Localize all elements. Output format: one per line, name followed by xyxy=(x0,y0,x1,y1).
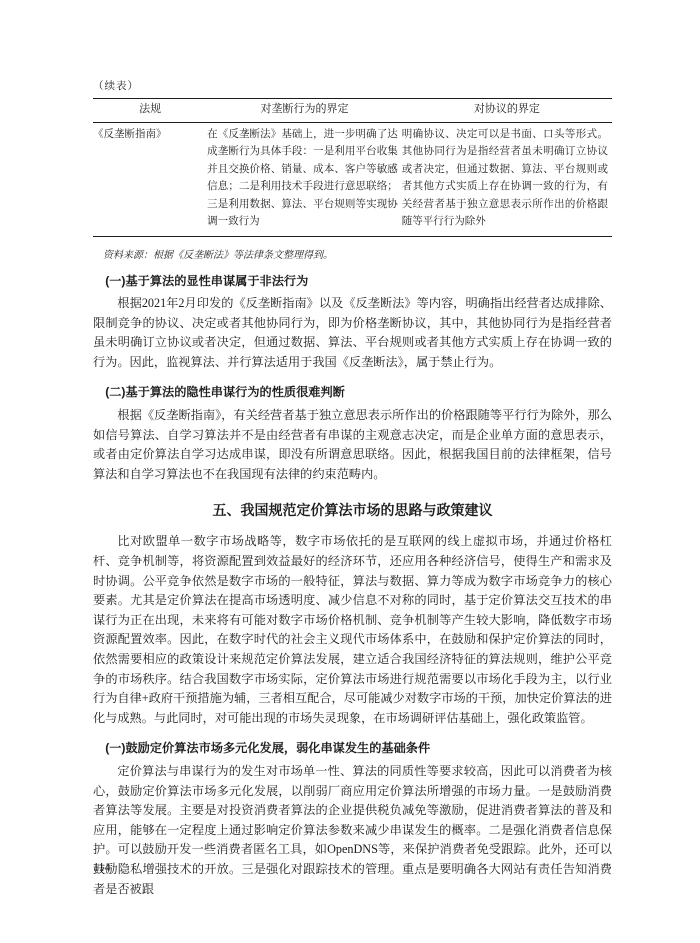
document-page: （续表） 法规 对垄断行为的界定 对协议的界定 《反垄断指南》 在《反垄断法》基… xyxy=(93,78,612,899)
table-header-law: 法规 xyxy=(93,99,207,123)
page-number: 114 xyxy=(93,860,111,875)
subsection-paragraph-diversified-market: 定价算法与串谋行为的发生对市场单一性、算法的同质性等要求较高，因此可以消费者为核… xyxy=(93,762,612,899)
table-cell-agreement-definition: 明确协议、决定可以是书面、口头等形式。其他协同行为是指经营者虽未明确订立协议或者… xyxy=(402,122,612,236)
section-paragraph-implicit-collusion: 根据《反垄断指南》，有关经营者基于独立意思表示所作出的价格跟随等平行行为除外，那… xyxy=(93,406,612,484)
section-paragraph-explicit-collusion: 根据2021年2月印发的《反垄断指南》以及《反垄断法》等内容，明确指出经营者达成… xyxy=(93,294,612,372)
table-row: 《反垄断指南》 在《反垄断法》基础上，进一步明确了达成垄断行为具体手段：一是利用… xyxy=(93,122,612,236)
continued-table-label: （续表） xyxy=(93,78,612,93)
section-heading-implicit-collusion: (二)基于算法的隐性串谋行为的性质很难判断 xyxy=(93,383,612,403)
table-header-monopoly-definition: 对垄断行为的界定 xyxy=(207,99,402,123)
table-cell-law-name: 《反垄断指南》 xyxy=(93,122,207,236)
section-heading-explicit-collusion: (一)基于算法的显性串谋属于非法行为 xyxy=(93,272,612,292)
table-source-note: 资料来源：根据《反垄断法》等法律条文整理得到。 xyxy=(103,246,612,261)
chapter-title: 五、我国规范定价算法市场的思路与政策建议 xyxy=(93,499,612,521)
subsection-heading-diversified-market: (一)鼓励定价算法市场多元化发展，弱化串谋发生的基础条件 xyxy=(93,739,612,759)
chapter-intro-paragraph: 比对欧盟单一数字市场战略等，数字市场依托的是互联网的线上虚拟市场，并通过价格杠杆… xyxy=(93,532,612,728)
table-cell-monopoly-definition: 在《反垄断法》基础上，进一步明确了达成垄断行为具体手段：一是利用平台收集并且交换… xyxy=(207,122,402,236)
table-header-agreement-definition: 对协议的界定 xyxy=(402,99,612,123)
law-definition-table: 法规 对垄断行为的界定 对协议的界定 《反垄断指南》 在《反垄断法》基础上，进一… xyxy=(93,98,612,237)
table-header-row: 法规 对垄断行为的界定 对协议的界定 xyxy=(93,99,612,123)
